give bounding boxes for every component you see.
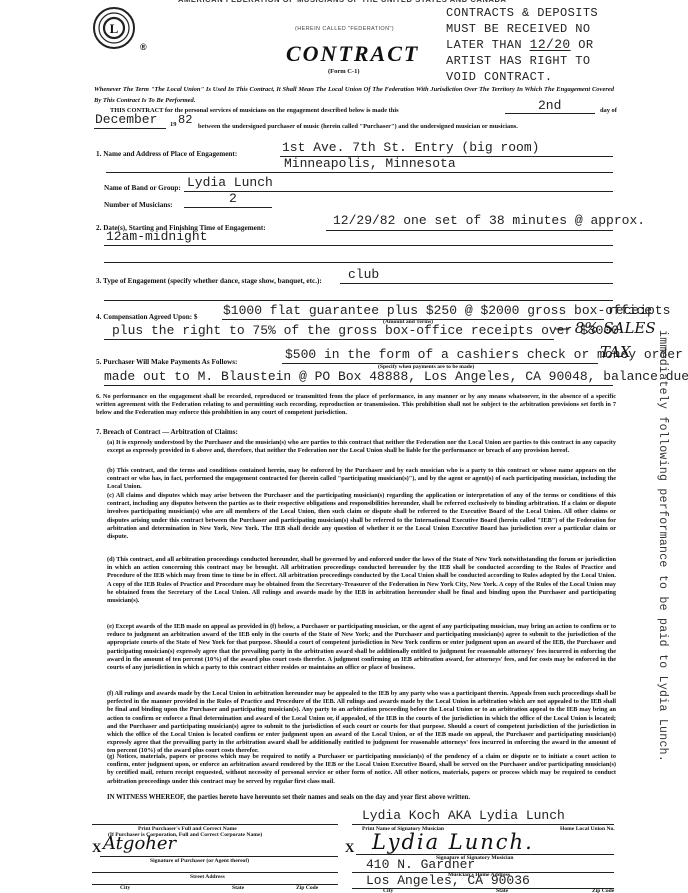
contract-month: December xyxy=(95,113,157,127)
date-line1: 12/29/82 one set of 38 minutes @ approx. xyxy=(333,214,645,228)
compensation-line1-tail: receipts xyxy=(608,304,670,318)
contract-year: 82 xyxy=(178,113,192,127)
place-label: 1. Name and Address of Place of Engageme… xyxy=(96,150,237,158)
purchaser-city-caption: City xyxy=(120,885,130,891)
payment-line2: made out to M. Blaustein @ PO Box 48888,… xyxy=(104,370,688,384)
svg-text:L: L xyxy=(110,21,119,36)
form-number: (Form C-1) xyxy=(328,68,360,75)
engagement-type: club xyxy=(348,268,379,282)
compensation-label: 4. Compensation Agreed Upon: $ xyxy=(96,313,198,321)
musicians-count: 2 xyxy=(229,192,237,206)
musician-signature[interactable]: Lydia Lunch. xyxy=(372,830,534,854)
contract-intro-b: between the undersigned purchaser of mus… xyxy=(198,121,613,133)
clause-7b: (b) This contract, and the terms and con… xyxy=(107,467,616,492)
clause-7f: (f) All rulings and awards made by the L… xyxy=(107,690,616,756)
musician-city-line: Los Angeles, CA 90036 xyxy=(366,874,530,888)
clause-7a: (a) It is expressly understood by the Pu… xyxy=(107,439,616,455)
date-line2: 12am-midnight xyxy=(106,230,207,244)
local-union-definition: Whenever The Term "The Local Union" Is U… xyxy=(94,84,614,106)
band-name: Lydia Lunch xyxy=(187,176,273,190)
clause-7g: (g) Notices, materials, papers or proces… xyxy=(107,753,616,786)
clause-7e: (e) Except awards of the IEB made on app… xyxy=(107,623,616,672)
side-note-vertical: immediately following performance to be … xyxy=(656,330,669,762)
contract-title: CONTRACT xyxy=(286,41,419,67)
witness-clause: IN WITNESS WHEREOF, the parties hereto h… xyxy=(107,794,627,802)
afm-seal-icon: L xyxy=(92,6,136,50)
musician-city-caption: City xyxy=(383,888,393,893)
handwritten-tax-note: TAX xyxy=(600,343,631,361)
registered-mark: ® xyxy=(140,42,147,52)
place-line1: 1st Ave. 7th St. Entry (big room) xyxy=(282,141,539,155)
musician-zip-caption: Zip Code xyxy=(592,888,614,893)
herein-called: (HEREIN CALLED "FEDERATION") xyxy=(295,26,394,32)
year-prefix: 19 xyxy=(170,121,176,128)
musician-print-name: Lydia Koch AKA Lydia Lunch xyxy=(362,809,565,823)
local-union-caption: Home Local Union No. xyxy=(560,826,615,832)
musician-x-mark: X xyxy=(345,840,354,856)
band-label: Name of Band or Group: xyxy=(104,184,181,192)
type-label: 3. Type of Engagement (specify whether d… xyxy=(96,277,322,285)
contract-day: 2nd xyxy=(538,99,561,113)
musician-address: 410 N. Gardner xyxy=(366,858,475,872)
musician-state-caption: State xyxy=(496,888,508,893)
payment-label: 5. Purchaser Will Make Payments As Follo… xyxy=(96,358,237,366)
purchaser-zip-caption: Zip Code xyxy=(296,885,318,891)
day-of-label: day of xyxy=(600,107,617,114)
clause-7d: (d) This contract, and all arbitration p… xyxy=(107,556,616,605)
deadline-notice: CONTRACTS & DEPOSITS MUST BE RECEIVED NO… xyxy=(446,5,598,85)
deadline-date: 12/20 xyxy=(530,37,571,52)
handwritten-sales-note: — 8% SALES xyxy=(555,319,656,337)
purchaser-street-caption: Street Address xyxy=(190,874,225,880)
clause-7c: (c) All claims and disputes which may ar… xyxy=(107,492,616,541)
musicians-label: Number of Musicians: xyxy=(104,201,173,209)
clause-6: 6. No performance on the engagement shal… xyxy=(96,393,616,418)
federation-name: AMERICAN FEDERATION OF MUSICIANS OF THE … xyxy=(178,0,507,4)
place-line2: Minneapolis, Minnesota xyxy=(284,157,456,171)
purchaser-signature-caption: Signature of Purchaser (or Agent thereof… xyxy=(150,858,249,864)
compensation-line1: $1000 flat guarantee plus $250 @ $2000 g… xyxy=(223,304,652,318)
purchaser-x-mark: X xyxy=(92,840,101,856)
purchaser-signature[interactable]: Atgoher xyxy=(103,833,176,854)
compensation-line2: plus the right to 75% of the gross box-o… xyxy=(112,324,619,338)
purchaser-state-caption: State xyxy=(232,885,244,891)
clause-7-title: 7. Breach of Contract — Arbitration of C… xyxy=(96,428,616,436)
